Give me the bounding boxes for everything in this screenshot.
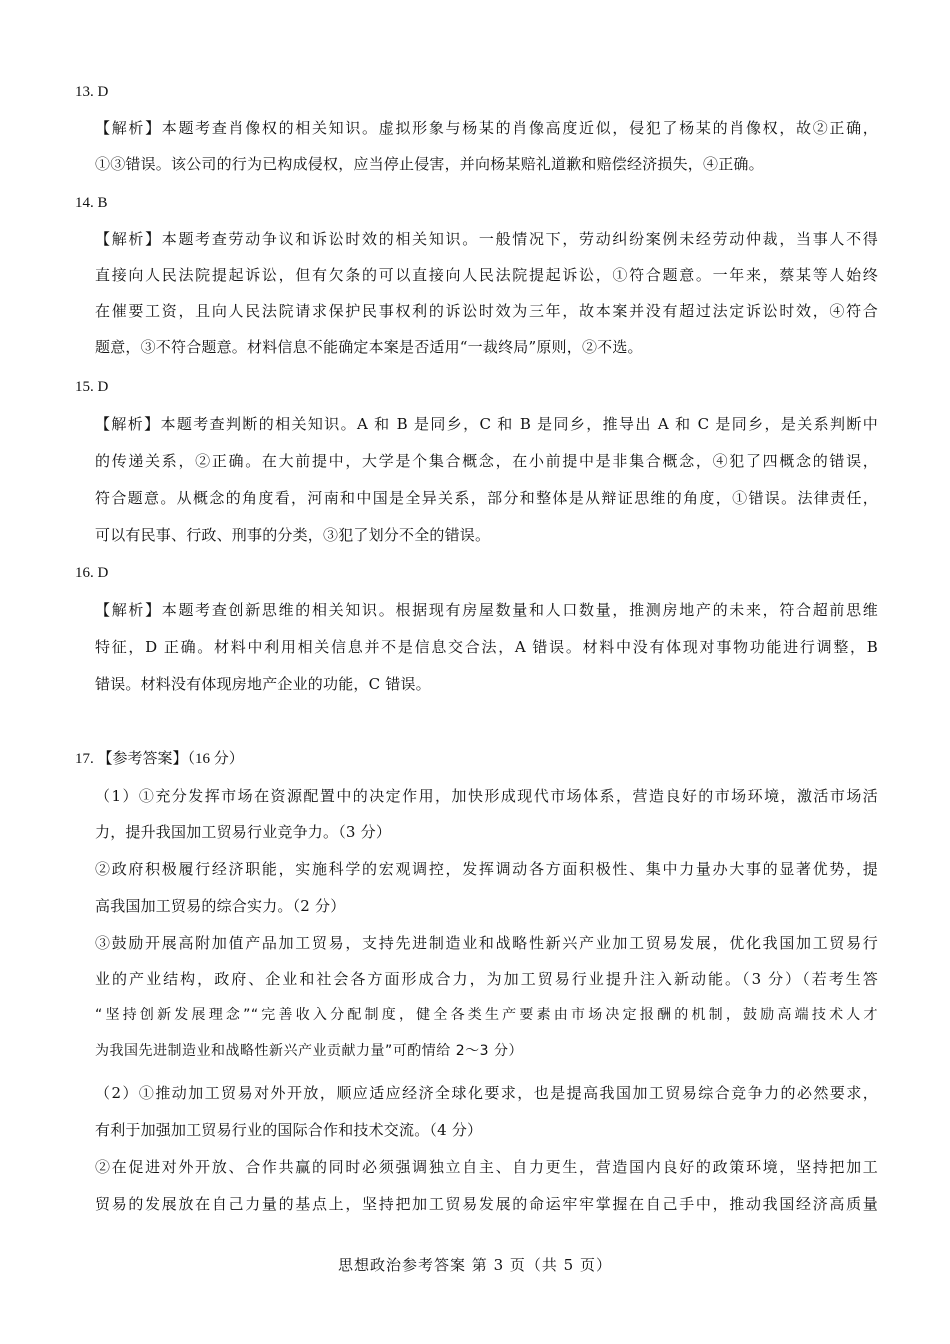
- question-15-answer: 15. D: [75, 377, 108, 397]
- answer-line: 高我国加工贸易的综合实力。（2 分）: [95, 896, 878, 916]
- answer-line: （2）①推动加工贸易对外开放，顺应适应经济全球化要求，也是提高我国加工贸易综合竞…: [95, 1083, 878, 1103]
- question-16-answer: 16. D: [75, 563, 108, 583]
- analysis-line: 特征，D 正确。材料中利用相关信息并不是信息交合法，A 错误。材料中没有体现对事…: [95, 637, 878, 657]
- question-17-answer-heading: 17. 【参考答案】（16 分）: [75, 749, 244, 769]
- analysis-line: 【解析】本题考查创新思维的相关知识。根据现有房屋数量和人口数量，推测房地产的未来…: [95, 600, 878, 620]
- analysis-line: 【解析】本题考查肖像权的相关知识。虚拟形象与杨某的肖像高度近似，侵犯了杨某的肖像…: [95, 118, 878, 138]
- answer-line: ②在促进对外开放、合作共赢的同时必须强调独立自主、自力更生，营造国内良好的政策环…: [95, 1157, 878, 1177]
- analysis-line: 题意，③不符合题意。材料信息不能确定本案是否适用“一裁终局”原则，②不选。: [95, 337, 878, 357]
- analysis-line: 错误。材料没有体现房地产企业的功能，C 错误。: [95, 674, 878, 694]
- answer-line: 力，提升我国加工贸易行业竞争力。（3 分）: [95, 822, 878, 842]
- scoring-note-line: 为我国先进制造业和战略性新兴产业贡献力量”可酌情给 2～3 分）: [95, 1041, 878, 1061]
- analysis-line: 符合题意。从概念的角度看，河南和中国是全异关系，部分和整体是从辩证思维的角度，①…: [95, 488, 878, 508]
- answer-line: 业的产业结构，政府、企业和社会各方面形成合力，为加工贸易行业提升注入新动能。（3…: [95, 969, 878, 989]
- analysis-line: 直接向人民法院提起诉讼，但有欠条的可以直接向人民法院提起诉讼，①符合题意。一年来…: [95, 265, 878, 285]
- answer-line: ②政府积极履行经济职能，实施科学的宏观调控，发挥调动各方面积极性、集中力量办大事…: [95, 859, 878, 879]
- document-page: 13. D 【解析】本题考查肖像权的相关知识。虚拟形象与杨某的肖像高度近似，侵犯…: [0, 0, 950, 1344]
- question-13-answer: 13. D: [75, 82, 108, 102]
- analysis-line: 在催要工资，且向人民法院请求保护民事权利的诉讼时效为三年，故本案并没有超过法定诉…: [95, 301, 878, 321]
- page-footer: 思想政治参考答案 第 3 页（共 5 页）: [0, 1255, 950, 1275]
- analysis-line: 【解析】本题考查判断的相关知识。A 和 B 是同乡，C 和 B 是同乡，推导出 …: [95, 414, 878, 434]
- answer-line: ③鼓励开展高附加值产品加工贸易，支持先进制造业和战略性新兴产业加工贸易发展，优化…: [95, 933, 878, 953]
- answer-line: 有利于加强加工贸易行业的国际合作和技术交流。（4 分）: [95, 1120, 878, 1140]
- analysis-line: 可以有民事、行政、刑事的分类，③犯了划分不全的错误。: [95, 525, 878, 545]
- scoring-note-line: “坚持创新发展理念”“完善收入分配制度，健全各类生产要素由市场决定报酬的机制，鼓…: [95, 1005, 878, 1025]
- analysis-line: ①③错误。该公司的行为已构成侵权，应当停止侵害，并向杨某赔礼道歉和赔偿经济损失，…: [95, 154, 878, 174]
- answer-line: 贸易的发展放在自己力量的基点上，坚持把加工贸易发展的命运牢牢掌握在自己手中，推动…: [95, 1194, 878, 1214]
- question-14-answer: 14. B: [75, 193, 108, 213]
- answer-line: （1）①充分发挥市场在资源配置中的决定作用，加快形成现代市场体系，营造良好的市场…: [95, 786, 878, 806]
- analysis-line: 的传递关系，②正确。在大前提中，大学是个集合概念，在小前提中是非集合概念，④犯了…: [95, 451, 878, 471]
- analysis-line: 【解析】本题考查劳动争议和诉讼时效的相关知识。一般情况下，劳动纠纷案例未经劳动仲…: [95, 229, 878, 249]
